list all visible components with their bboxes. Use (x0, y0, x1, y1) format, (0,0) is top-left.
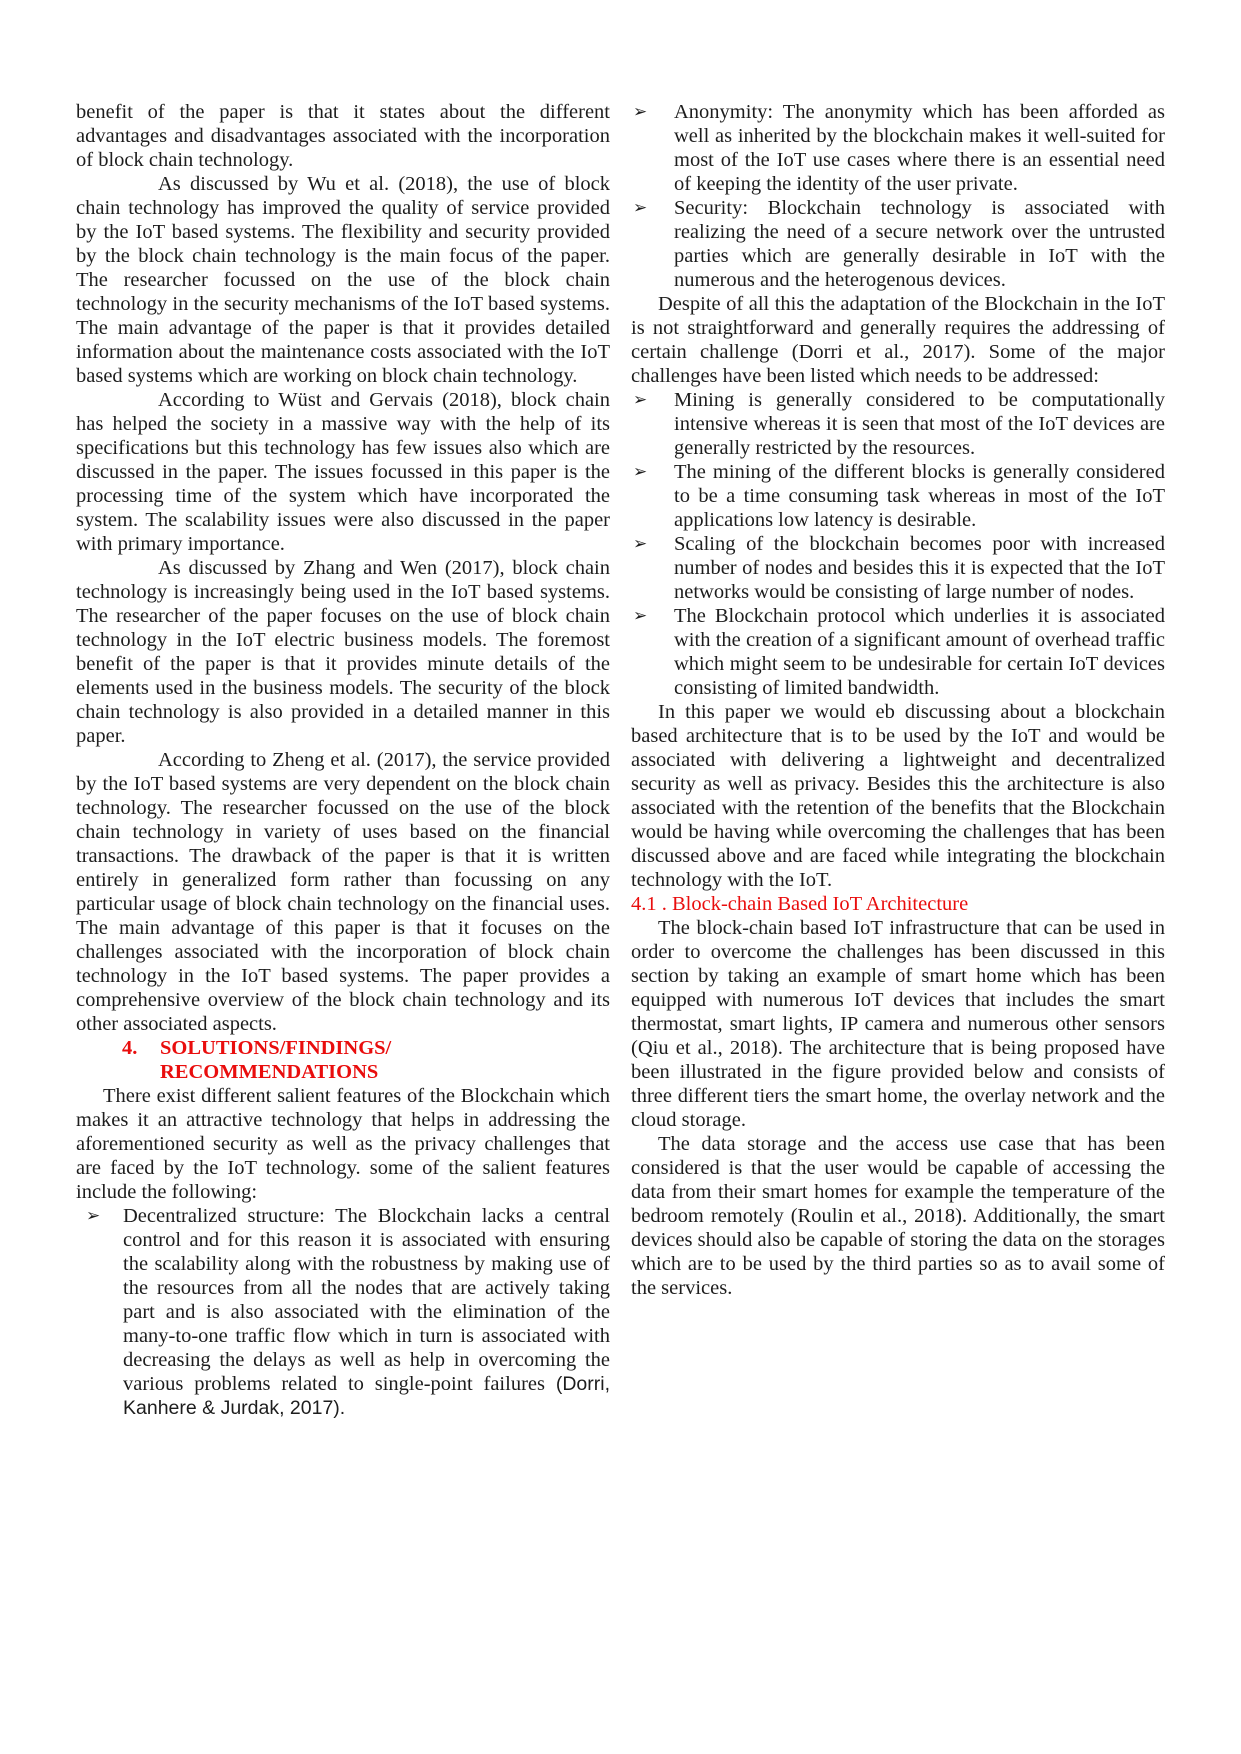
section-title: SOLUTIONS/FINDINGS/RECOMMENDATIONS (160, 1036, 391, 1084)
arrow-bullet-icon: ➢ (633, 532, 647, 556)
paragraph-wu-2018: As discussed by Wu et al. (2018), the us… (76, 172, 610, 388)
paragraph-architecture: The block-chain based IoT infrastructure… (631, 916, 1165, 1132)
bullet-text: Decentralized structure: The Blockchain … (123, 1205, 610, 1395)
paragraph-zheng-2017: According to Zheng et al. (2017), the se… (76, 748, 610, 1036)
bullet-item-mining: ➢Mining is generally considered to be co… (631, 388, 1165, 460)
right-column: ➢Anonymity: The anonymity which has been… (631, 100, 1165, 1420)
paragraph-despite-challenges: Despite of all this the adaptation of th… (631, 292, 1165, 388)
bullet-item-security: ➢Security: Blockchain technology is asso… (631, 196, 1165, 292)
bullet-item-protocol-overhead: ➢The Blockchain protocol which underlies… (631, 604, 1165, 700)
subsection-heading-architecture: 4.1 . Block-chain Based IoT Architecture (631, 892, 1165, 916)
paragraph-continuation: benefit of the paper is that it states a… (76, 100, 610, 172)
paragraph-in-this-paper: In this paper we would eb discussing abo… (631, 700, 1165, 892)
bullet-text: Anonymity: The anonymity which has been … (674, 101, 1165, 195)
arrow-bullet-icon: ➢ (86, 1204, 100, 1228)
arrow-bullet-icon: ➢ (633, 196, 647, 220)
paragraph-salient-features: There exist different salient features o… (76, 1084, 610, 1204)
two-column-layout: benefit of the paper is that it states a… (76, 100, 1165, 1420)
section-title-line1: SOLUTIONS/FINDINGS/ (160, 1037, 391, 1059)
section-title-line2: RECOMMENDATIONS (160, 1061, 378, 1083)
bullet-text: Mining is generally considered to be com… (674, 389, 1165, 459)
paragraph-zhang-wen-2017: As discussed by Zhang and Wen (2017), bl… (76, 556, 610, 748)
bullet-item-scaling: ➢Scaling of the blockchain becomes poor … (631, 532, 1165, 604)
document-page: benefit of the paper is that it states a… (0, 0, 1241, 1754)
arrow-bullet-icon: ➢ (633, 100, 647, 124)
paragraph-wust-gervais-2018: According to Wüst and Gervais (2018), bl… (76, 388, 610, 556)
bullet-item-anonymity: ➢Anonymity: The anonymity which has been… (631, 100, 1165, 196)
bullet-text: The Blockchain protocol which underlies … (674, 605, 1165, 699)
section-heading-solutions: 4. SOLUTIONS/FINDINGS/RECOMMENDATIONS (122, 1036, 610, 1084)
bullet-text: Scaling of the blockchain becomes poor w… (674, 533, 1165, 603)
bullet-text: The mining of the different blocks is ge… (674, 461, 1165, 531)
arrow-bullet-icon: ➢ (633, 460, 647, 484)
section-number: 4. (122, 1036, 160, 1084)
bullet-item-mining-blocks: ➢The mining of the different blocks is g… (631, 460, 1165, 532)
bullet-item-decentralized: ➢Decentralized structure: The Blockchain… (76, 1204, 610, 1420)
arrow-bullet-icon: ➢ (633, 388, 647, 412)
left-column: benefit of the paper is that it states a… (76, 100, 610, 1420)
arrow-bullet-icon: ➢ (633, 604, 647, 628)
paragraph-data-storage: The data storage and the access use case… (631, 1132, 1165, 1300)
bullet-text: Security: Blockchain technology is assoc… (674, 197, 1165, 291)
